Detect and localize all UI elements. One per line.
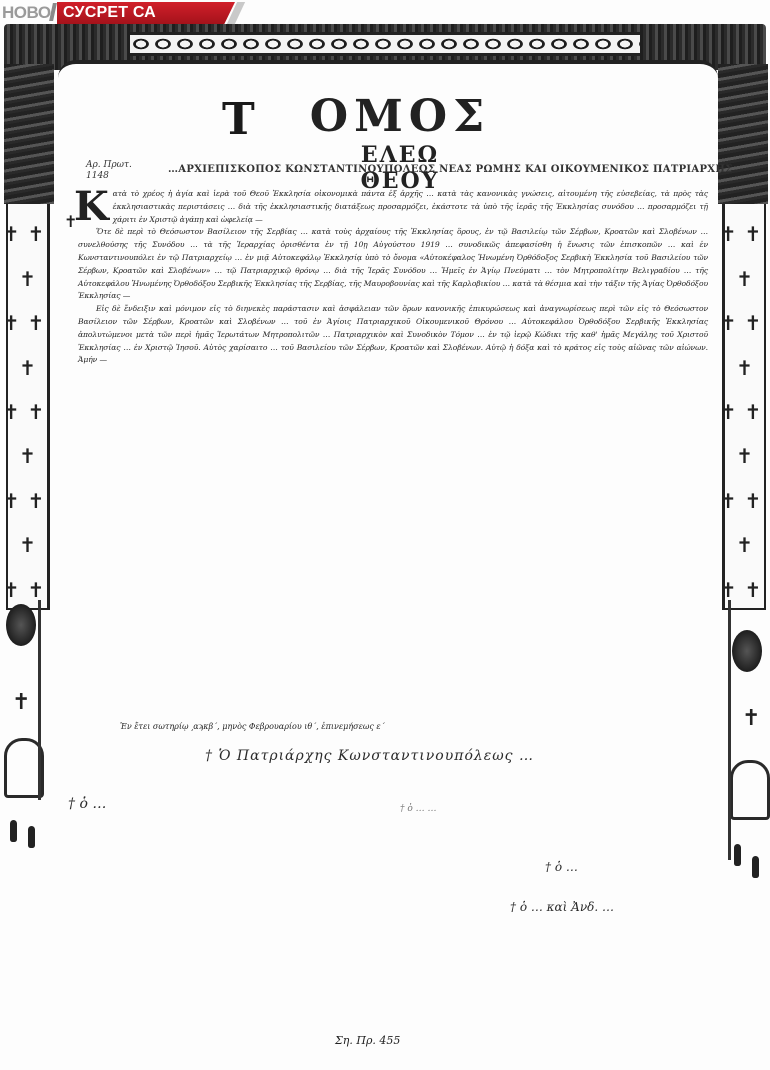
signature: † ὁ … … bbox=[400, 804, 437, 814]
right-cross-column: ✝✝ ✝ ✝✝ ✝ ✝✝ ✝ ✝✝ ✝ ✝✝ bbox=[725, 212, 764, 612]
tassel-icon bbox=[752, 856, 759, 878]
cross-icon: ✝✝ bbox=[3, 402, 53, 422]
tassel-icon bbox=[28, 826, 35, 848]
cross-icon: ✝✝ bbox=[3, 580, 53, 600]
cross-icon: ✝ bbox=[736, 269, 753, 289]
left-border-line bbox=[38, 600, 41, 800]
cross-icon: ✝ bbox=[736, 446, 753, 466]
cross-icon: ✝✝ bbox=[3, 224, 53, 244]
left-cross-column: ✝✝ ✝ ✝✝ ✝ ✝✝ ✝ ✝✝ ✝ ✝✝ bbox=[8, 212, 47, 612]
document-title: ΟΜΟΣ bbox=[230, 94, 570, 140]
paragraph-1: Κατὰ τὸ χρέος ἡ ἁγία καὶ ἱερὰ τοῦ Θεοῦ Ἐ… bbox=[78, 188, 708, 226]
right-corner-ornament bbox=[718, 64, 768, 204]
right-border-line bbox=[728, 600, 731, 860]
paragraph-text: Ὅτε δὲ περὶ τὸ Θεόσωστον Βασίλειον τῆς Σ… bbox=[78, 227, 708, 300]
section-tag[interactable]: СУСРЕТ СА ИСТОРИЈОМ bbox=[57, 2, 235, 24]
cross-icon: ✝✝ bbox=[720, 491, 770, 511]
signature: † ὁ … bbox=[545, 860, 578, 874]
cross-icon: ✝ bbox=[12, 690, 30, 715]
frame-inner-arch bbox=[58, 60, 718, 78]
site-banner: НОВО СУСРЕТ СА ИСТОРИЈОМ bbox=[0, 0, 260, 26]
paragraph-text: Εἰς δὲ ἔνδειξιν καὶ μόνιμον εἰς τὸ διηνε… bbox=[78, 304, 708, 364]
paragraph-2: Ὅτε δὲ περὶ τὸ Θεόσωστον Βασίλειον τῆς Σ… bbox=[78, 226, 708, 303]
cross-icon: ✝ bbox=[19, 535, 36, 555]
cross-icon: ✝✝ bbox=[720, 313, 770, 333]
cross-icon: ✝✝ bbox=[720, 402, 770, 422]
folio-note: Ση. Πρ. 455 bbox=[335, 1034, 400, 1047]
right-oval-medallion bbox=[732, 630, 762, 672]
cross-icon: ✝ bbox=[736, 358, 753, 378]
cross-icon: ✝ bbox=[742, 706, 760, 731]
signature-patriarch: † Ὁ Πατριάρχης Κωνσταντινουπόλεως … bbox=[205, 748, 534, 764]
right-loop-ornament bbox=[730, 760, 770, 820]
cross-icon: ✝ bbox=[19, 358, 36, 378]
tassel-icon bbox=[734, 844, 741, 866]
tassel-icon bbox=[10, 820, 17, 842]
signature: † ὁ … καὶ Ἀνδ. … bbox=[510, 900, 614, 914]
left-oval-medallion bbox=[6, 604, 36, 646]
drop-cap: Κ bbox=[74, 190, 109, 224]
paragraph-text: ατὰ τὸ χρέος ἡ ἁγία καὶ ἱερὰ τοῦ Θεοῦ Ἐκ… bbox=[113, 189, 708, 224]
signature: † ὁ … bbox=[68, 796, 106, 812]
cross-icon: ✝✝ bbox=[720, 224, 770, 244]
cross-icon: ✝✝ bbox=[720, 580, 770, 600]
cross-icon: ✝✝ bbox=[3, 313, 53, 333]
cross-icon: ✝✝ bbox=[3, 491, 53, 511]
cross-icon: ✝ bbox=[19, 446, 36, 466]
document-body: Κατὰ τὸ χρέος ἡ ἁγία καὶ ἱερὰ τοῦ Θεοῦ Ἐ… bbox=[78, 188, 708, 367]
patriarch-title-line: …ΑΡΧΙΕΠΙΣΚΟΠΟΣ ΚΩΝΣΤΑΝΤΙΝΟΥΠΟΛΕΩΣ ΝΕΑΣ Ρ… bbox=[168, 164, 688, 175]
left-corner-ornament bbox=[4, 64, 54, 204]
paragraph-3: Εἰς δὲ ἔνδειξιν καὶ μόνιμον εἰς τὸ διηνε… bbox=[78, 303, 708, 367]
cross-icon: ✝ bbox=[736, 535, 753, 555]
cross-icon: ✝ bbox=[19, 269, 36, 289]
protocol-reference: Αρ. Πρωτ. 1148 bbox=[86, 160, 132, 182]
date-line: Ἐν ἔτει σωτηρίῳ ͵αϡκβ΄, μηνὸς Φεβρουαρίο… bbox=[120, 722, 385, 731]
chain-ornament bbox=[130, 32, 640, 56]
brand-logo[interactable]: НОВО bbox=[2, 3, 51, 23]
